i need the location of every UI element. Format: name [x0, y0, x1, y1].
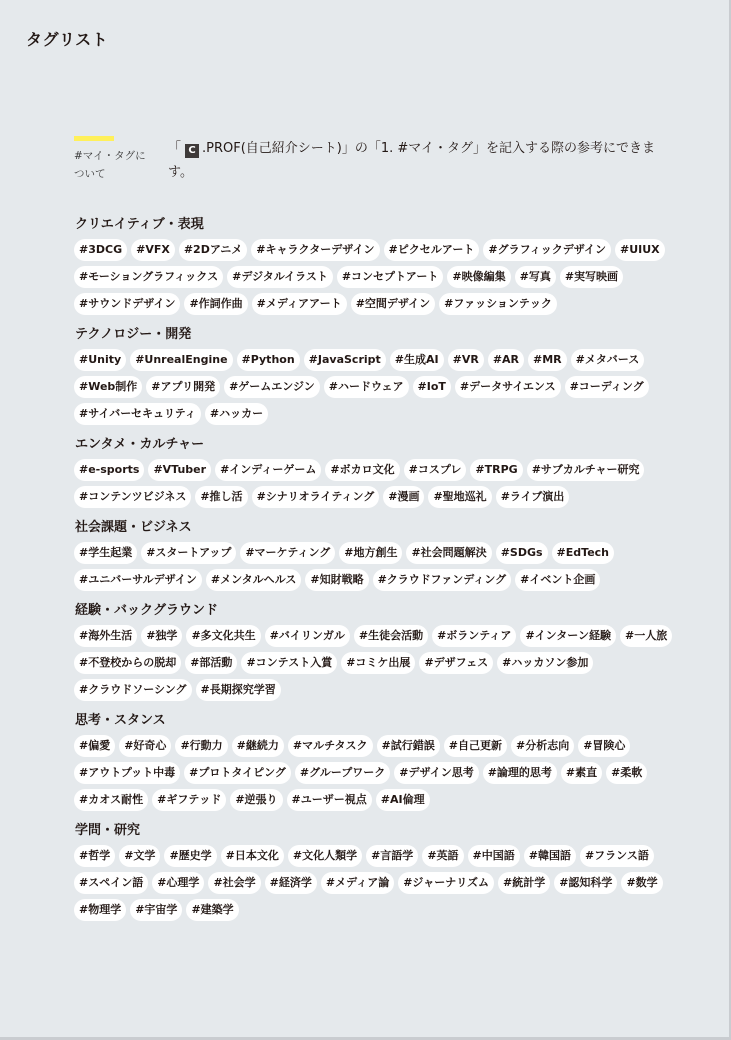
tag-chip[interactable]: #冒険心 [578, 735, 630, 757]
tag-chip[interactable]: #サブカルチャー研究 [527, 459, 645, 481]
tag-chip[interactable]: #スペイン語 [74, 872, 148, 894]
tag-chip[interactable]: #AI倫理 [376, 789, 430, 811]
tag-chip[interactable]: #Python [237, 349, 300, 371]
intro-body: .PROF(自己紹介シート)」の「1. #マイ・タグ」を記入する際の参考にできま… [168, 141, 655, 180]
tag-chip[interactable]: #アウトプット中毒 [74, 762, 180, 784]
tag-chip[interactable]: #コスプレ [404, 459, 467, 481]
tag-section: クリエイティブ・表現#3DCG#VFX#2Dアニメ#キャラクターデザイン#ピクセ… [74, 214, 674, 315]
tag-group: #偏愛#好奇心#行動力#継続力#マルチタスク#試行錯誤#自己更新#分析志向#冒険… [74, 735, 674, 811]
section-title: テクノロジー・開発 [75, 324, 674, 346]
tag-chip[interactable]: #コンテンツビジネス [74, 486, 191, 508]
open-quote: 「 [168, 141, 181, 156]
tag-chip[interactable]: #分析志向 [511, 735, 574, 757]
tag-group: #Unity#UnrealEngine#Python#JavaScript#生成… [74, 349, 674, 425]
tag-chip[interactable]: #ファッションテック [439, 293, 557, 315]
tag-chip[interactable]: #コンテスト入賞 [241, 652, 337, 674]
tag-chip[interactable]: #英語 [422, 845, 463, 867]
tag-chip[interactable]: #統計学 [498, 872, 550, 894]
section-title: クリエイティブ・表現 [75, 214, 674, 236]
tag-chip[interactable]: #生成AI [390, 349, 444, 371]
tag-chip[interactable]: #自己更新 [444, 735, 507, 757]
tag-chip[interactable]: #メディア論 [321, 872, 394, 894]
tag-chip[interactable]: #デザフェス [419, 652, 493, 674]
tag-chip[interactable]: #生徒会活動 [354, 625, 428, 647]
tag-chip[interactable]: #2Dアニメ [179, 239, 247, 261]
tag-chip[interactable]: #メタバース [571, 349, 645, 371]
tag-chip[interactable]: #哲学 [74, 845, 115, 867]
tag-chip[interactable]: #ハッカー [205, 403, 268, 425]
tag-chip[interactable]: #推し活 [195, 486, 247, 508]
tag-chip[interactable]: #メンタルヘルス [206, 569, 301, 591]
tag-group: #学生起業#スタートアップ#マーケティング#地方創生#社会問題解決#SDGs#E… [74, 542, 674, 591]
tag-chip[interactable]: #中国語 [468, 845, 520, 867]
tag-chip[interactable]: #社会学 [208, 872, 260, 894]
tag-chip[interactable]: #コーディング [565, 376, 649, 398]
tag-chip[interactable]: #Web制作 [74, 376, 142, 398]
tag-chip[interactable]: #VTuber [148, 459, 211, 481]
tag-chip[interactable]: #Unity [74, 349, 126, 371]
tag-chip[interactable]: #TRPG [470, 459, 522, 481]
section-title: エンタメ・カルチャー [75, 434, 674, 456]
page-title: タグリスト [26, 27, 108, 50]
tag-chip[interactable]: #素直 [561, 762, 602, 784]
tag-chip[interactable]: #クラウドソーシング [74, 679, 192, 701]
tag-chip[interactable]: #空間デザイン [351, 293, 435, 315]
tag-section: 学問・研究#哲学#文学#歴史学#日本文化#文化人類学#言語学#英語#中国語#韓国… [74, 820, 674, 921]
tag-chip[interactable]: #不登校からの脱却 [74, 652, 181, 674]
about-label-line2: ついて [74, 165, 166, 183]
tag-chip[interactable]: #バイリンガル [265, 625, 350, 647]
tag-chip[interactable]: #多文化共生 [186, 625, 260, 647]
tag-chip[interactable]: #グラフィックデザイン [483, 239, 611, 261]
tag-section: 経験・バックグラウンド#海外生活#独学#多文化共生#バイリンガル#生徒会活動#ボ… [74, 600, 674, 701]
tag-chip[interactable]: #映像編集 [447, 266, 510, 288]
tag-chip[interactable]: #ユーザー視点 [287, 789, 372, 811]
tag-chip[interactable]: #好奇心 [119, 735, 171, 757]
tag-chip[interactable]: #ジャーナリズム [398, 872, 494, 894]
tag-chip[interactable]: #学生起業 [74, 542, 137, 564]
tag-chip[interactable]: #試行錯誤 [377, 735, 440, 757]
tag-chip[interactable]: #インターン経験 [520, 625, 616, 647]
tag-chip[interactable]: #地方創生 [339, 542, 402, 564]
tag-chip[interactable]: #コミケ出展 [341, 652, 415, 674]
tag-chip[interactable]: #ボカロ文化 [325, 459, 399, 481]
tag-section: エンタメ・カルチャー#e-sports#VTuber#インディーゲーム#ボカロ文… [74, 434, 674, 508]
tag-chip[interactable]: #グループワーク [295, 762, 390, 784]
tag-chip[interactable]: #サウンドデザイン [74, 293, 180, 315]
tag-chip[interactable]: #知財戦略 [305, 569, 368, 591]
tag-chip[interactable]: #経済学 [265, 872, 317, 894]
tag-chip[interactable]: #カオス耐性 [74, 789, 148, 811]
tag-chip[interactable]: #長期探究学習 [196, 679, 281, 701]
tag-chip[interactable]: #建築学 [186, 899, 238, 921]
intro-text: 「C.PROF(自己紹介シート)」の「1. #マイ・タグ」を記入する際の参考にで… [168, 137, 668, 185]
tag-chip[interactable]: #VR [448, 349, 484, 371]
tag-chip[interactable]: #逆張り [230, 789, 282, 811]
accent-bar [74, 136, 114, 141]
tag-chip[interactable]: #作詞作曲 [184, 293, 247, 315]
tag-chip[interactable]: #ギフテッド [152, 789, 226, 811]
tag-chip[interactable]: #歴史学 [164, 845, 216, 867]
c-logo-icon: C [185, 144, 199, 158]
tag-chip[interactable]: #実写映画 [560, 266, 623, 288]
tag-chip[interactable]: #マルチタスク [288, 735, 373, 757]
tag-chip[interactable]: #行動力 [175, 735, 227, 757]
tag-chip[interactable]: #UIUX [615, 239, 665, 261]
tag-chip[interactable]: #イベント企画 [515, 569, 600, 591]
tag-chip[interactable]: #文学 [119, 845, 160, 867]
tag-chip[interactable]: #コンセプトアート [337, 266, 444, 288]
tag-chip[interactable]: #独学 [141, 625, 182, 647]
tag-chip[interactable]: #プロトタイピング [184, 762, 291, 784]
tag-chip[interactable]: #アプリ開発 [146, 376, 220, 398]
section-title: 学問・研究 [75, 820, 674, 842]
tag-chip[interactable]: #社会問題解決 [406, 542, 491, 564]
tag-chip[interactable]: #ユニバーサルデザイン [74, 569, 202, 591]
tag-chip[interactable]: #聖地巡礼 [428, 486, 491, 508]
tag-chip[interactable]: #ボランティア [432, 625, 516, 647]
tag-chip[interactable]: #日本文化 [221, 845, 284, 867]
about-my-tag: #マイ・タグに ついて [74, 136, 166, 183]
tag-chip[interactable]: #EdTech [552, 542, 614, 564]
tag-chip[interactable]: #一人旅 [620, 625, 672, 647]
tag-chip[interactable]: #VFX [131, 239, 175, 261]
tag-chip[interactable]: #論理的思考 [483, 762, 557, 784]
tag-chip[interactable]: #韓国語 [524, 845, 576, 867]
tag-chip[interactable]: #物理学 [74, 899, 126, 921]
tag-chip[interactable]: #JavaScript [304, 349, 386, 371]
tag-chip[interactable]: #IoT [413, 376, 451, 398]
tag-chip[interactable]: #3DCG [74, 239, 127, 261]
tag-group: #海外生活#独学#多文化共生#バイリンガル#生徒会活動#ボランティア#インターン… [74, 625, 674, 701]
tag-chip[interactable]: #サイバーセキュリティ [74, 403, 201, 425]
tag-chip[interactable]: #UnrealEngine [130, 349, 232, 371]
tag-chip[interactable]: #認知科学 [554, 872, 617, 894]
section-title: 思考・スタンス [75, 710, 674, 732]
tag-group: #哲学#文学#歴史学#日本文化#文化人類学#言語学#英語#中国語#韓国語#フラン… [74, 845, 674, 921]
tag-chip[interactable]: #文化人類学 [288, 845, 362, 867]
tag-chip[interactable]: #フランス語 [580, 845, 654, 867]
tag-chip[interactable]: #キャラクターデザイン [251, 239, 379, 261]
tag-chip[interactable]: #インディーゲーム [215, 459, 321, 481]
tag-chip[interactable]: #クラウドファンディング [373, 569, 512, 591]
tag-sections: クリエイティブ・表現#3DCG#VFX#2Dアニメ#キャラクターデザイン#ピクセ… [74, 214, 674, 930]
tag-chip[interactable]: #数学 [621, 872, 662, 894]
tag-group: #3DCG#VFX#2Dアニメ#キャラクターデザイン#ピクセルアート#グラフィッ… [74, 239, 674, 315]
section-title: 社会課題・ビジネス [75, 517, 674, 539]
tag-chip[interactable]: #AR [488, 349, 524, 371]
tag-section: 思考・スタンス#偏愛#好奇心#行動力#継続力#マルチタスク#試行錯誤#自己更新#… [74, 710, 674, 811]
tag-chip[interactable]: #e-sports [74, 459, 144, 481]
tag-chip[interactable]: #モーショングラフィックス [74, 266, 223, 288]
tag-chip[interactable]: #デザイン思考 [394, 762, 478, 784]
tag-chip[interactable]: #ライブ演出 [496, 486, 570, 508]
tag-section: テクノロジー・開発#Unity#UnrealEngine#Python#Java… [74, 324, 674, 425]
tag-chip[interactable]: #マーケティング [240, 542, 335, 564]
tag-chip[interactable]: #スタートアップ [141, 542, 236, 564]
tag-chip[interactable]: #宇宙学 [130, 899, 182, 921]
tag-chip[interactable]: #メディアアート [252, 293, 347, 315]
tag-chip[interactable]: #柔軟 [606, 762, 647, 784]
tag-chip[interactable]: #ハードウェア [324, 376, 409, 398]
tag-chip[interactable]: #SDGs [496, 542, 548, 564]
tag-chip[interactable]: #心理学 [152, 872, 204, 894]
section-title: 経験・バックグラウンド [75, 600, 674, 622]
tag-list-page: タグリスト #マイ・タグに ついて 「C.PROF(自己紹介シート)」の「1. … [0, 0, 731, 1040]
tag-chip[interactable]: #ゲームエンジン [224, 376, 320, 398]
tag-chip[interactable]: #継続力 [232, 735, 284, 757]
tag-chip[interactable]: #MR [528, 349, 567, 371]
tag-chip[interactable]: #漫画 [383, 486, 424, 508]
tag-chip[interactable]: #部活動 [185, 652, 237, 674]
tag-chip[interactable]: #偏愛 [74, 735, 115, 757]
tag-chip[interactable]: #デジタルイラスト [227, 266, 333, 288]
tag-chip[interactable]: #データサイエンス [455, 376, 561, 398]
tag-section: 社会課題・ビジネス#学生起業#スタートアップ#マーケティング#地方創生#社会問題… [74, 517, 674, 591]
tag-chip[interactable]: #ピクセルアート [384, 239, 480, 261]
tag-chip[interactable]: #言語学 [366, 845, 418, 867]
about-label-line1: #マイ・タグに [74, 147, 166, 165]
tag-chip[interactable]: #ハッカソン参加 [497, 652, 593, 674]
tag-group: #e-sports#VTuber#インディーゲーム#ボカロ文化#コスプレ#TRP… [74, 459, 674, 508]
tag-chip[interactable]: #写真 [515, 266, 556, 288]
tag-chip[interactable]: #海外生活 [74, 625, 137, 647]
tag-chip[interactable]: #シナリオライティング [252, 486, 380, 508]
